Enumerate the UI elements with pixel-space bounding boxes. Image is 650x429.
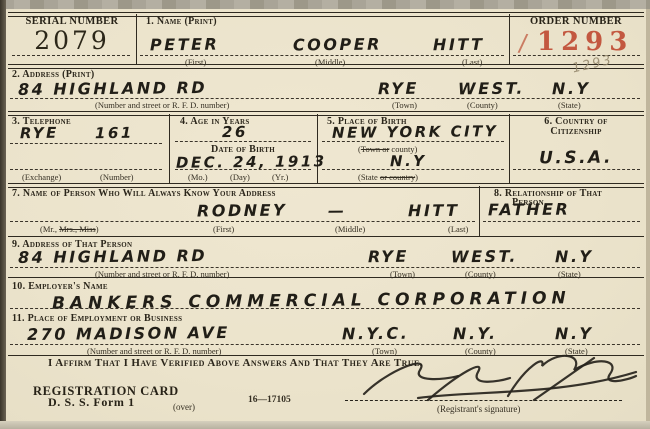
divider-birth-citizenship <box>509 114 510 183</box>
contact-address-street-sublabel: (Number and street or R. F. D. number) <box>95 269 229 279</box>
employment-label: 11. Place of Employment or Business <box>12 313 182 324</box>
contact-address-street-value: 84 HIGHLAND RD <box>18 246 207 267</box>
contact-last-sublabel: (Last) <box>448 224 468 234</box>
address-town-value: RYE <box>378 79 419 98</box>
contact-middle-sublabel: (Middle) <box>335 224 365 234</box>
employment-town-value: N.Y.C. <box>342 324 410 344</box>
citizenship-value: U.S.A. <box>511 147 641 168</box>
divider-contact-relationship <box>479 186 480 236</box>
birth-state-sublabel: (State or country) <box>358 172 418 182</box>
signature-sublabel: (Registrant's signature) <box>437 404 520 414</box>
dob-fill-line <box>175 169 311 170</box>
number-sublabel: (Number) <box>100 172 134 182</box>
telephone-number-value: 161 <box>95 124 134 142</box>
birth-city-value: NEW YORK CITY <box>332 122 498 142</box>
serial-fill-line <box>12 55 130 56</box>
contact-middle-value: — <box>328 201 347 220</box>
contact-title-sublabel: (Mr., Mrs., Miss) <box>40 224 99 234</box>
birth-town-sublabel-struck: Town or <box>361 144 389 154</box>
rule-row7 <box>8 236 644 237</box>
contact-first-sublabel: (First) <box>213 224 234 234</box>
relationship-value: FATHER <box>488 200 570 220</box>
birth-state-sublabel-post: ) <box>415 172 418 182</box>
contact-address-state-sublabel: (State) <box>558 269 581 279</box>
name-label: 1. Name (Print) <box>146 16 217 27</box>
contact-address-county-value: WEST. <box>451 247 518 267</box>
scan-edge-right <box>646 9 650 421</box>
registration-card: SERIAL NUMBER 2079 1. Name (Print) PETER… <box>0 0 650 429</box>
citizenship-label-line2: Citizenship <box>511 126 641 137</box>
address-state-sublabel: (State) <box>558 100 581 110</box>
employment-fill-line <box>10 344 640 345</box>
divider-name-order <box>509 14 510 64</box>
last-sublabel: (Last) <box>462 57 482 67</box>
birth-state-fill-line <box>322 169 504 170</box>
contact-address-county-sublabel: (County) <box>465 269 496 279</box>
address-county-sublabel: (County) <box>467 100 498 110</box>
contact-last-value: HITT <box>408 201 460 221</box>
telephone-fill-line2 <box>10 169 162 170</box>
employer-label: 10. Employer's Name <box>12 281 108 292</box>
contact-address-fill-line <box>10 267 640 268</box>
year-sublabel: (Yr.) <box>272 172 288 182</box>
employment-county-value: N.Y. <box>453 324 498 343</box>
order-number-stamp: 1293 <box>537 27 633 57</box>
relationship-label-line1: 8. Relationship of That <box>494 188 602 199</box>
birth-state-sublabel-pre: (State <box>358 172 380 182</box>
contact-title-struck: Mrs., Miss <box>59 224 96 234</box>
employment-street-value: 270 MADISON AVE <box>27 323 230 344</box>
order-fill-line <box>513 55 640 56</box>
exchange-sublabel: (Exchange) <box>22 172 61 182</box>
contact-fill-line <box>10 221 475 222</box>
divider-tel-age <box>169 114 170 183</box>
age-value: 26 <box>222 123 248 141</box>
serial-number-value: 2079 <box>10 26 134 55</box>
citizenship-fill-line <box>513 169 640 170</box>
day-sublabel: (Day) <box>230 172 250 182</box>
employment-street-sublabel: (Number and street or R. F. D. number) <box>87 346 221 356</box>
scan-edge-bottom <box>0 421 650 429</box>
name-last-value: HITT <box>433 35 485 55</box>
telephone-exchange-value: RYE <box>20 124 59 142</box>
contact-name-label: 7. Name of Person Who Will Always Know Y… <box>12 188 276 199</box>
scan-edge-top <box>0 0 650 9</box>
scan-edge-left <box>0 0 6 429</box>
over-note: (over) <box>173 402 195 412</box>
divider-serial-name <box>136 14 137 64</box>
form-name: D. S. S. Form 1 <box>48 395 135 410</box>
birth-state-sublabel-struck: or country <box>380 172 415 182</box>
address-county-value: WEST. <box>458 79 525 99</box>
address-street-value: 84 HIGHLAND RD <box>18 78 207 99</box>
employer-fill-line <box>10 308 640 309</box>
telephone-fill-line <box>10 143 162 144</box>
divider-age-birth <box>317 114 318 183</box>
signature-line <box>345 400 622 401</box>
address-street-sublabel: (Number and street or R. F. D. number) <box>95 100 229 110</box>
first-sublabel: (First) <box>185 57 206 67</box>
order-number-label: ORDER NUMBER <box>511 16 641 27</box>
birth-city-fill-line <box>322 141 504 142</box>
age-fill-line <box>175 141 311 142</box>
birth-state-value: N.Y <box>390 152 427 170</box>
contact-address-state-value: N.Y <box>555 247 594 266</box>
month-sublabel: (Mo.) <box>188 172 208 182</box>
name-first-value: PETER <box>150 35 220 55</box>
employment-state-value: N.Y <box>555 324 594 343</box>
contact-title-pre: (Mr., <box>40 224 59 234</box>
contact-first-value: RODNEY <box>197 201 287 221</box>
name-fill-line <box>140 55 504 56</box>
address-town-sublabel: (Town) <box>392 100 417 110</box>
contact-title-post: ) <box>96 224 99 234</box>
address-fill-line <box>10 98 640 99</box>
address-state-value: N.Y <box>552 79 591 98</box>
print-code: 16—17105 <box>248 395 291 405</box>
contact-address-town-value: RYE <box>368 247 409 266</box>
relationship-fill-line <box>483 221 640 222</box>
name-middle-value: COOPER <box>293 35 382 55</box>
middle-sublabel: (Middle) <box>315 57 345 67</box>
contact-address-town-sublabel: (Town) <box>390 269 415 279</box>
